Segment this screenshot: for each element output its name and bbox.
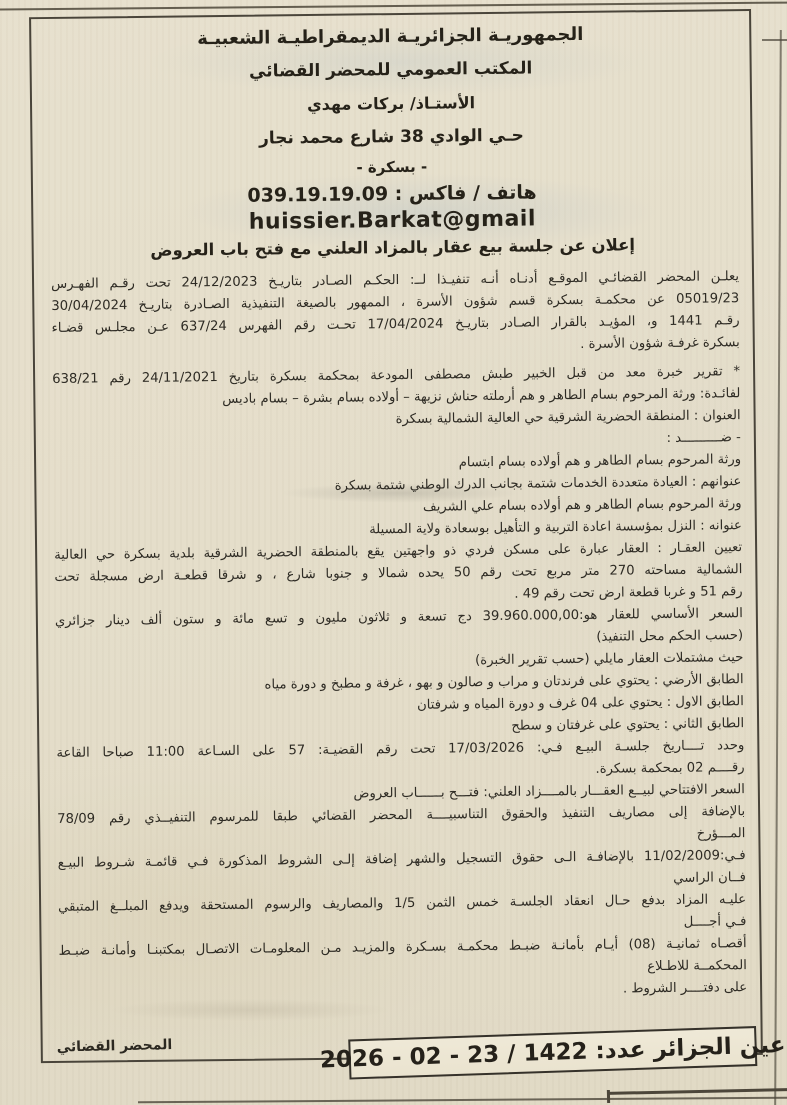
country-title: الجمهوريـة الجزائريـة الديمقراطيـة الشعب…	[31, 22, 749, 51]
announcement-body: يعلـن المحضر القضائـي الموقـع أدنـاه أنـ…	[51, 266, 747, 1007]
office-address: حـي الوادي 38 شارع محمد نجار	[32, 123, 750, 151]
officer-name: الأستـاذ/ بركات مهدي	[32, 90, 750, 117]
announcement-title: إعلان عن جلسة بيع عقار بالمزاد العلني مع…	[34, 234, 752, 261]
next-article-rule	[138, 1097, 787, 1104]
margin-tick-rule	[762, 39, 787, 41]
announcement-border-frame: الجمهوريـة الجزائريـة الديمقراطيـة الشعب…	[29, 9, 763, 1063]
next-article-rule	[608, 1088, 787, 1095]
signature-title: المحضر القضائي	[57, 1037, 173, 1056]
office-title: المكتب العمومي للمحضر القضائي	[32, 56, 750, 84]
newspaper-clipping: الجمهوريـة الجزائريـة الديمقراطيـة الشعب…	[0, 0, 787, 1105]
column-divider-rule	[774, 30, 782, 1105]
office-city: - بسكرة -	[33, 154, 751, 180]
announcement-header: الجمهوريـة الجزائريـة الديمقراطيـة الشعب…	[31, 11, 752, 261]
next-article-corner-rule	[607, 1090, 610, 1103]
email-line: huissier.Barkat@gmail	[33, 204, 751, 237]
